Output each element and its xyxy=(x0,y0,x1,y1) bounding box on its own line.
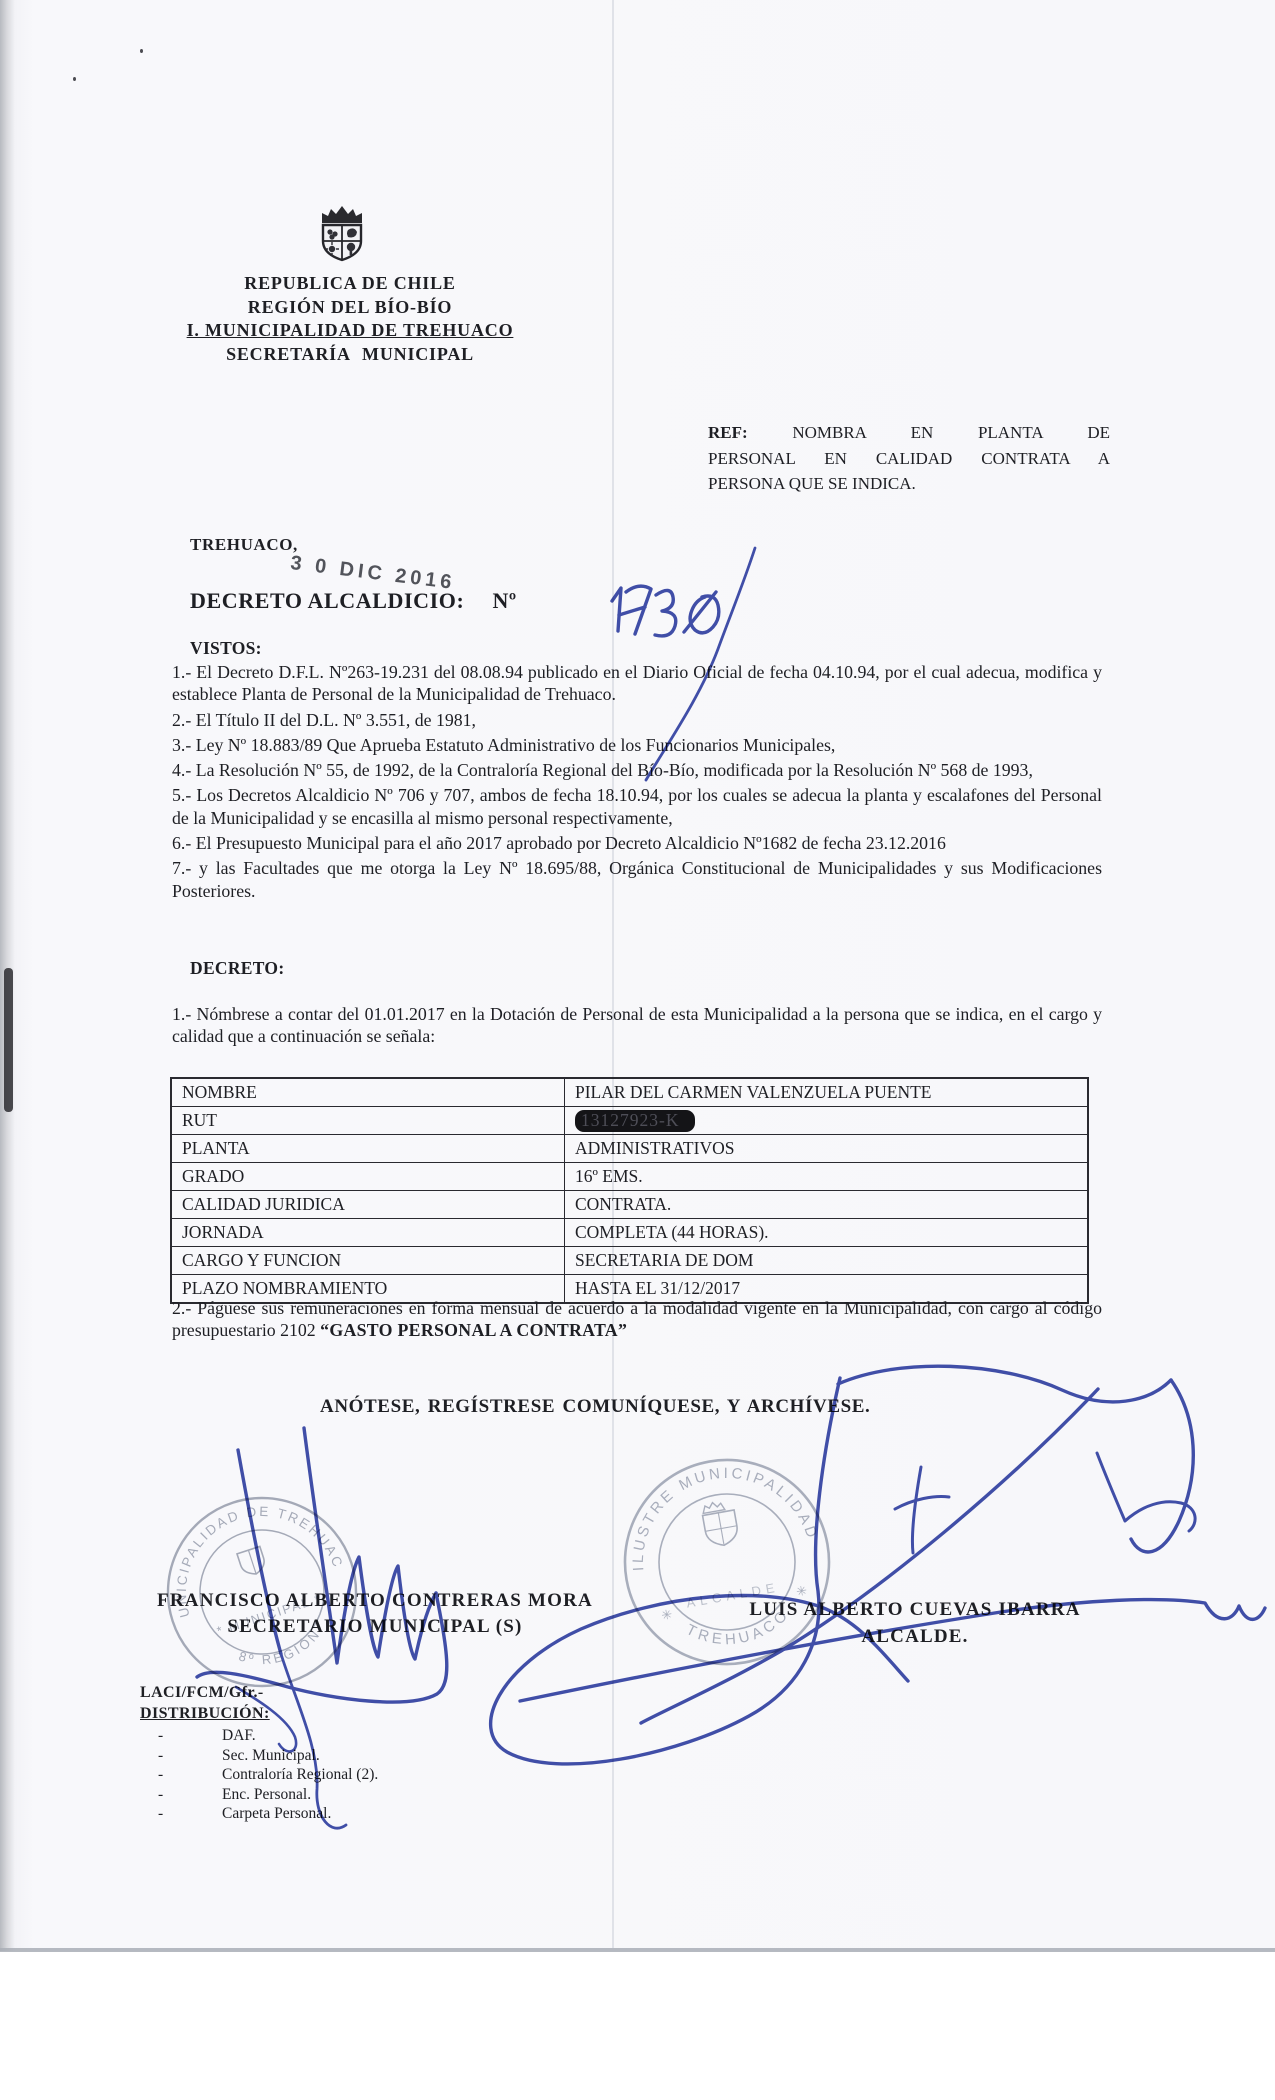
paper-fold-line xyxy=(612,0,614,1948)
letterhead-office: SECRETARÍA MUNICIPAL xyxy=(150,343,550,367)
letterhead-country: REPUBLICA DE CHILE xyxy=(150,272,550,296)
scan-speck xyxy=(140,49,143,53)
decreto-heading: DECRETO: xyxy=(190,958,284,979)
secretary-title: SECRETARIO MUNICIPAL (S) xyxy=(128,1614,622,1640)
distribution-list: -DAF. -Sec. Municipal. -Contraloría Regi… xyxy=(140,1726,500,1824)
decreto-clause-1: 1.- Nómbrese a contar del 01.01.2017 en … xyxy=(172,1003,1102,1048)
vistos-item: 2.- El Título II del D.L. Nº 3.551, de 1… xyxy=(172,709,1102,731)
table-row: JORNADACOMPLETA (44 HORAS). xyxy=(171,1219,1088,1247)
paper-bottom-edge xyxy=(0,1948,1275,1952)
redacted-rut: 13127923-K xyxy=(575,1110,695,1132)
distribution-heading: DISTRIBUCIÓN: xyxy=(140,1705,270,1723)
drafting-initials: LACI/FCM/Gfr.- xyxy=(140,1684,264,1702)
vistos-item: 5.- Los Decretos Alcaldicio Nº 706 y 707… xyxy=(172,784,1102,829)
table-row: PLANTAADMINISTRATIVOS xyxy=(171,1135,1088,1163)
secretary-signature-block: FRANCISCO ALBERTO CONTRERAS MORA SECRETA… xyxy=(128,1588,622,1640)
scan-speck xyxy=(73,77,76,81)
scan-edge-mark xyxy=(4,968,13,1112)
list-item: -Enc. Personal. xyxy=(140,1785,500,1805)
dateline-city: TREHUACO, xyxy=(190,535,298,555)
secretary-name: FRANCISCO ALBERTO CONTRERAS MORA xyxy=(128,1588,622,1614)
ref-line-1: REF: NOMBRA EN PLANTA DE xyxy=(708,420,1110,446)
vistos-item: 7.- y las Facultades que me otorga la Le… xyxy=(172,857,1102,902)
appointment-table: NOMBREPILAR DEL CARMEN VALENZUELA PUENTE… xyxy=(170,1077,1089,1304)
budget-code-emphasis: “GASTO PERSONAL A CONTRATA” xyxy=(320,1320,627,1340)
decree-title: DECRETO ALCALDICIO: xyxy=(190,588,464,613)
mayor-name: LUIS ALBERTO CUEVAS IBARRA xyxy=(740,1597,1090,1624)
mayor-signature-block: LUIS ALBERTO CUEVAS IBARRA ALCALDE. xyxy=(740,1597,1090,1650)
letterhead: REPUBLICA DE CHILE REGIÓN DEL BÍO-BÍO I.… xyxy=(150,272,550,366)
vistos-items: 1.- El Decreto D.F.L. Nº263-19.231 del 0… xyxy=(172,661,1102,905)
decreto-clause-2: 2.- Páguese sus remuneraciones en forma … xyxy=(172,1297,1102,1342)
vistos-item: 6.- El Presupuesto Municipal para el año… xyxy=(172,832,1102,854)
ref-line-3: PERSONA QUE SE INDICA. xyxy=(708,471,1110,497)
table-row: CARGO Y FUNCIONSECRETARIA DE DOM xyxy=(171,1247,1088,1275)
ref-label: REF: xyxy=(708,423,748,442)
list-item: -Carpeta Personal. xyxy=(140,1804,500,1824)
table-row: CALIDAD JURIDICACONTRATA. xyxy=(171,1191,1088,1219)
vistos-item: 4.- La Resolución Nº 55, de 1992, de la … xyxy=(172,759,1102,781)
list-item: -Sec. Municipal. xyxy=(140,1746,500,1766)
list-item: -DAF. xyxy=(140,1726,500,1746)
letterhead-municipality: I. MUNICIPALIDAD DE TREHUACO xyxy=(150,319,550,343)
scanned-decree-page: { "letterhead": { "emblem_icon": "munici… xyxy=(0,0,1275,2100)
letterhead-region: REGIÓN DEL BÍO-BÍO xyxy=(150,296,550,320)
vistos-heading: VISTOS: xyxy=(190,638,262,659)
ref-line-2: PERSONAL EN CALIDAD CONTRATA A xyxy=(708,446,1110,472)
decree-title-line: DECRETO ALCALDICIO:Nº xyxy=(190,588,517,614)
list-item: -Contraloría Regional (2). xyxy=(140,1765,500,1785)
vistos-item: 3.- Ley Nº 18.883/89 Que Aprueba Estatut… xyxy=(172,734,1102,756)
decree-number-label: Nº xyxy=(492,588,516,613)
table-row: NOMBREPILAR DEL CARMEN VALENZUELA PUENTE xyxy=(171,1078,1088,1107)
closing-order: ANÓTESE, REGÍSTRESE COMUNÍQUESE, Y ARCHÍ… xyxy=(320,1396,870,1418)
vistos-item: 1.- El Decreto D.F.L. Nº263-19.231 del 0… xyxy=(172,661,1102,706)
ref-block: REF: NOMBRA EN PLANTA DE PERSONAL EN CAL… xyxy=(708,420,1110,497)
table-row: GRADO16º EMS. xyxy=(171,1163,1088,1191)
table-row: RUT13127923-K xyxy=(171,1107,1088,1135)
mayor-title: ALCALDE. xyxy=(740,1624,1090,1651)
